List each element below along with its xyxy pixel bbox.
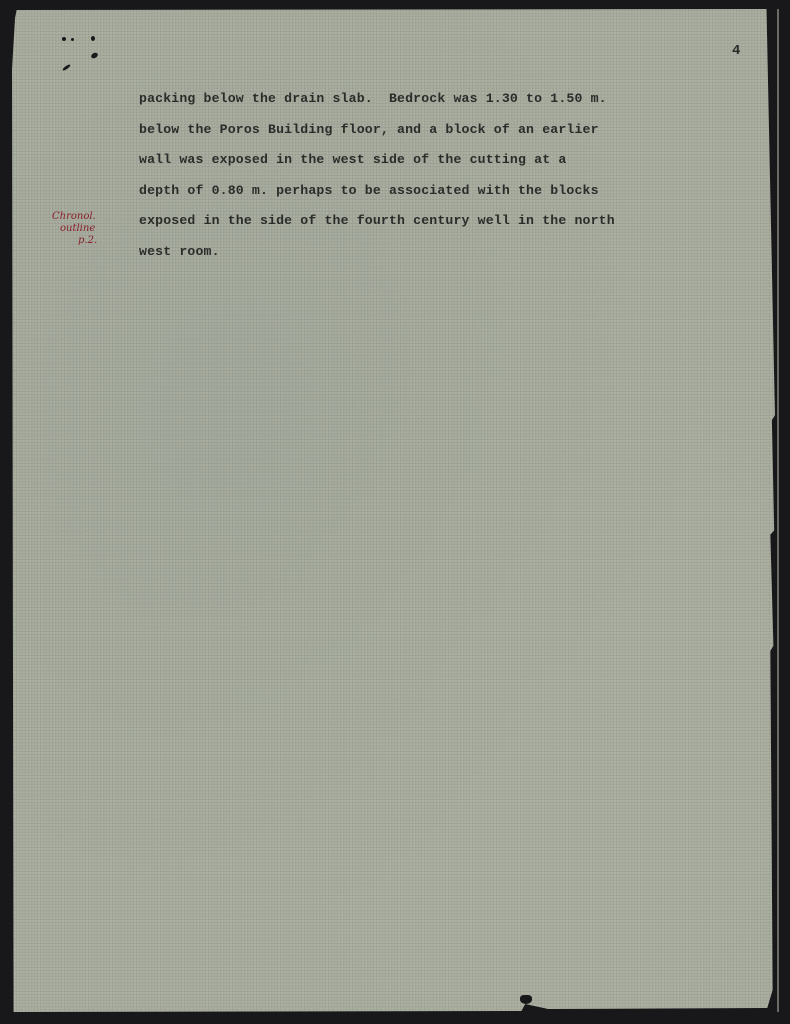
- punch-hole: [71, 38, 74, 41]
- annotation-line: Chronol.: [50, 211, 125, 223]
- text-line: west room.: [139, 241, 719, 272]
- text-line: wall was exposed in the west side of the…: [139, 149, 719, 180]
- text-line: packing below the drain slab. Bedrock wa…: [139, 88, 719, 119]
- annotation-line: p.2.: [50, 235, 125, 247]
- text-line: below the Poros Building floor, and a bl…: [139, 119, 719, 150]
- annotation-line: outline: [50, 223, 125, 235]
- punch-hole: [91, 36, 95, 41]
- text-line: depth of 0.80 m. perhaps to be associate…: [139, 180, 719, 211]
- page-number: 4: [732, 43, 740, 59]
- text-line: exposed in the side of the fourth centur…: [139, 210, 719, 241]
- punch-hole: [62, 37, 66, 41]
- typed-paragraph: packing below the drain slab. Bedrock wa…: [139, 88, 719, 271]
- edge-tear: [520, 995, 532, 1004]
- handwritten-margin-note: Chronol. outline p.2.: [50, 211, 125, 247]
- paper-edge: [777, 9, 779, 1012]
